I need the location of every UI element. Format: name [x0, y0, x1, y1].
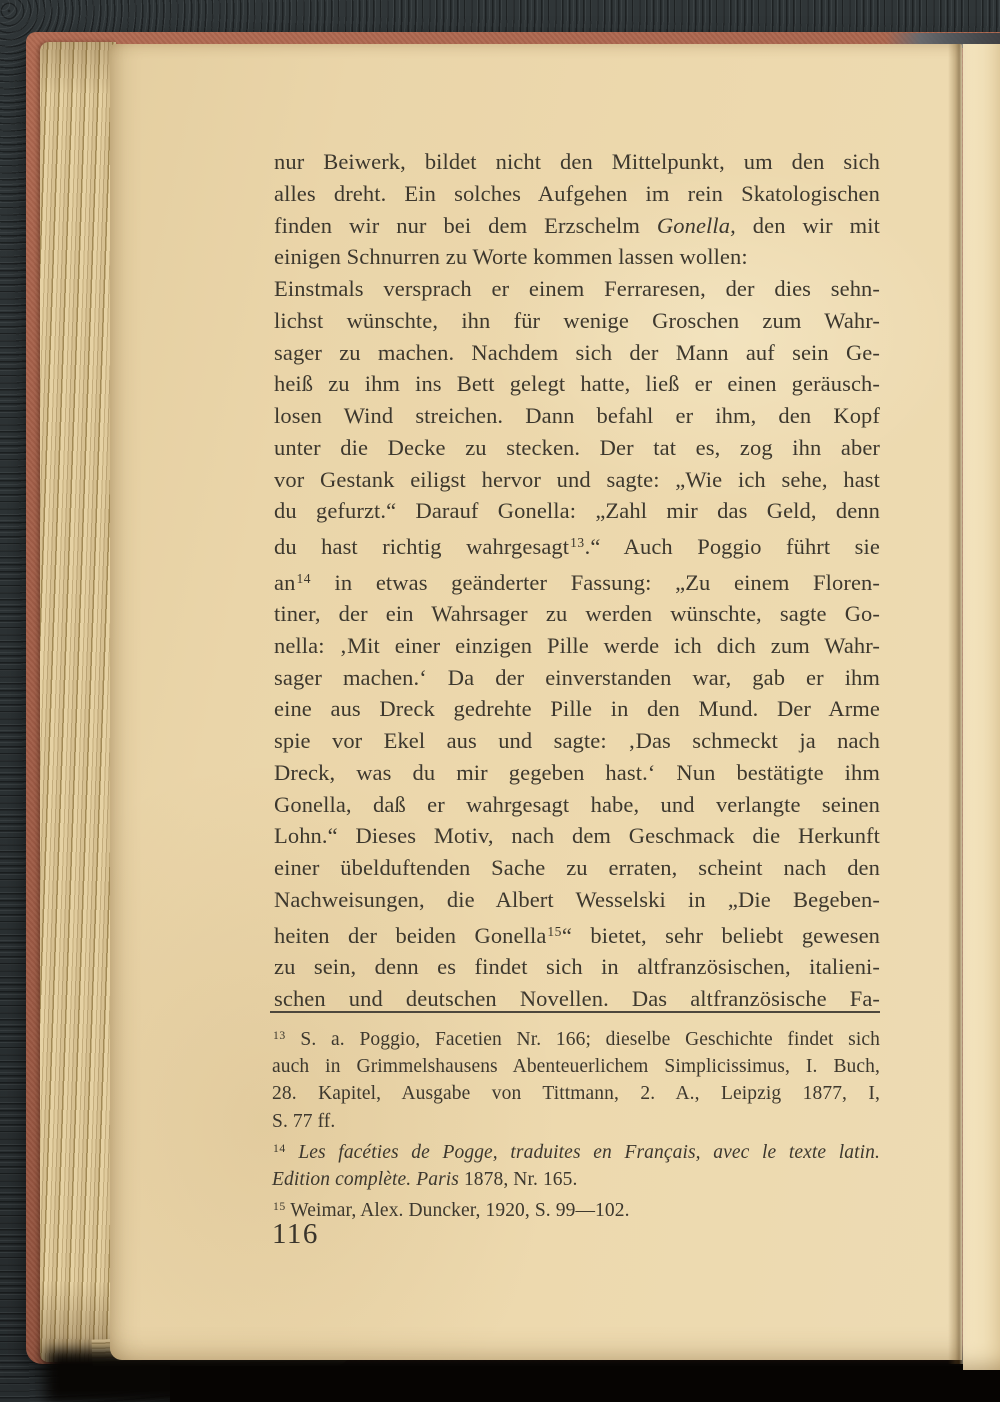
body-line: Dreck, was du mir gegeben hast.‘ Nun bes… [274, 757, 880, 789]
gutter-crease [948, 44, 964, 1364]
page-fore-edges [40, 42, 116, 1362]
footnote-line: auch in Grimmelshausens Abenteuerlichem … [272, 1053, 880, 1080]
body-line: tiner, der ein Wahrsager zu werden wünsc… [274, 598, 880, 630]
text-segment: schen und deutschen Novellen. Das altfra… [274, 986, 880, 1011]
text-segment: Les facéties de Pogge, traduites en Fran… [298, 1142, 880, 1163]
text-segment: nella: ‚Mit einer einzigen Pille werde i… [274, 633, 880, 658]
footnote-rule [270, 1011, 880, 1013]
body-text: nur Beiwerk, bildet nicht den Mittelpunk… [274, 146, 880, 1015]
body-line: einer übelduftenden Sache zu erraten, sc… [274, 852, 880, 884]
text-segment: Nachweisungen, die Albert Wesselski in „… [274, 887, 880, 912]
text-segment: zu sein, denn es findet sich in altfranz… [274, 954, 880, 979]
body-line: Einstmals versprach er einem Ferraresen,… [274, 273, 880, 305]
text-segment: “ bietet, sehr beliebt gewesen [562, 922, 880, 947]
body-line: einigen Schnurren zu Worte kommen lassen… [274, 241, 880, 273]
text-segment: sager machen.‘ Da der einverstanden war,… [274, 665, 880, 690]
body-line: Nachweisungen, die Albert Wesselski in „… [274, 884, 880, 916]
footnote-line: S. 77 ff. [272, 1108, 880, 1135]
text-segment: du gefurzt.“ Darauf Gonella: „Zahl mir d… [274, 498, 880, 523]
text-segment: 1878, Nr. 165. [459, 1169, 578, 1190]
text-segment: finden wir nur bei dem Erzschelm [274, 213, 657, 238]
body-line: du hast richtig wahrgesagt13.“ Auch Pogg… [274, 527, 880, 563]
text-segment: nur Beiwerk, bildet nicht den Mittelpunk… [274, 149, 880, 174]
body-line: losen Wind streichen. Dann befahl er ihm… [274, 400, 880, 432]
text-segment: einigen Schnurren zu Worte kommen lassen… [274, 244, 748, 269]
text-segment: Dreck, was du mir gegeben hast.‘ Nun bes… [274, 760, 880, 785]
body-line: sager zu machen. Nachdem sich der Mann a… [274, 337, 880, 369]
body-line: an14 in etwas geänderter Fassung: „Zu ei… [274, 563, 880, 599]
body-line: spie vor Ekel aus und sagte: ‚Das schmec… [274, 725, 880, 757]
text-segment: .“ Auch Poggio führt sie [585, 534, 880, 559]
text-segment: Einstmals versprach er einem Ferraresen,… [274, 276, 880, 301]
text-segment: heiten der beiden Gonella [274, 922, 546, 947]
body-line: vor Gestank eiligst hervor und sagte: „W… [274, 464, 880, 496]
footnote-line: 13 S. a. Poggio, Facetien Nr. 166; diese… [272, 1022, 880, 1053]
text-segment: spie vor Ekel aus und sagte: ‚Das schmec… [274, 728, 880, 753]
body-line: nella: ‚Mit einer einzigen Pille werde i… [274, 630, 880, 662]
body-line: zu sein, denn es findet sich in altfranz… [274, 951, 880, 983]
text-segment: 14 [295, 571, 311, 586]
text-segment: eine aus Dreck gedrehte Pille in den Mun… [274, 696, 880, 721]
body-line: alles dreht. Ein solches Aufgehen im rei… [274, 178, 880, 210]
facing-page-sliver [963, 44, 1000, 1370]
text-segment: alles dreht. Ein solches Aufgehen im rei… [274, 181, 880, 206]
footnote-line: Edition complète. Paris 1878, Nr. 165. [272, 1166, 880, 1193]
text-segment: 13 [569, 535, 585, 550]
footnotes: 13 S. a. Poggio, Facetien Nr. 166; diese… [272, 1022, 880, 1225]
text-segment: in etwas geänderter Fassung: „Zu einem F… [311, 569, 880, 594]
text-segment: du hast richtig wahrgesagt [274, 534, 569, 559]
body-line: finden wir nur bei dem Erzschelm Gonella… [274, 210, 880, 242]
text-segment: losen Wind streichen. Dann befahl er ihm… [274, 403, 880, 428]
footnote-line: 28. Kapitel, Ausgabe von Tittmann, 2. A.… [272, 1080, 880, 1107]
text-segment: 28. Kapitel, Ausgabe von Tittmann, 2. A.… [272, 1083, 880, 1104]
text-segment [286, 1142, 299, 1163]
text-segment: S. 77 ff. [272, 1111, 335, 1132]
text-segment: den wir mit [736, 213, 880, 238]
text-segment: Lohn.“ Dieses Motiv, nach dem Geschmack … [274, 823, 880, 848]
body-line: unter die Decke zu stecken. Der tat es, … [274, 432, 880, 464]
text-segment: an [274, 569, 295, 594]
body-line: eine aus Dreck gedrehte Pille in den Mun… [274, 693, 880, 725]
text-segment: einer übelduftenden Sache zu erraten, sc… [274, 855, 880, 880]
text-segment: 15 [546, 924, 562, 939]
book-shadow-band [170, 1366, 1000, 1402]
footnote-line: 15 Weimar, Alex. Duncker, 1920, S. 99—10… [272, 1193, 880, 1224]
text-segment: lichst wünschte, ihn für wenige Groschen… [274, 308, 880, 333]
text-segment: Weimar, Alex. Duncker, 1920, S. 99—102. [286, 1200, 630, 1221]
text-segment: 15 [272, 1200, 286, 1213]
body-line: du gefurzt.“ Darauf Gonella: „Zahl mir d… [274, 495, 880, 527]
text-segment: Gonella, [657, 213, 736, 238]
body-line: lichst wünschte, ihn für wenige Groschen… [274, 305, 880, 337]
body-line: heiß zu ihm ins Bett gelegt hatte, ließ … [274, 368, 880, 400]
footnote-line: 14 Les facéties de Pogge, traduites en F… [272, 1135, 880, 1166]
body-line: nur Beiwerk, bildet nicht den Mittelpunk… [274, 146, 880, 178]
text-segment: auch in Grimmelshausens Abenteuerlichem … [272, 1056, 880, 1077]
body-line: schen und deutschen Novellen. Das altfra… [274, 983, 880, 1015]
text-segment: 13 [272, 1029, 286, 1042]
text-segment: Edition complète. Paris [272, 1169, 459, 1190]
body-line: Gonella, daß er wahrgesagt habe, und ver… [274, 789, 880, 821]
text-segment: vor Gestank eiligst hervor und sagte: „W… [274, 467, 880, 492]
body-line: Lohn.“ Dieses Motiv, nach dem Geschmack … [274, 820, 880, 852]
body-line: sager machen.‘ Da der einverstanden war,… [274, 662, 880, 694]
text-segment: tiner, der ein Wahrsager zu werden wünsc… [274, 601, 880, 626]
text-segment: 14 [272, 1142, 286, 1155]
book-photo-scene: nur Beiwerk, bildet nicht den Mittelpunk… [0, 0, 1000, 1402]
body-line: heiten der beiden Gonella15“ bietet, seh… [274, 916, 880, 952]
text-segment: heiß zu ihm ins Bett gelegt hatte, ließ … [274, 371, 880, 396]
text-segment: sager zu machen. Nachdem sich der Mann a… [274, 340, 880, 365]
text-segment: Gonella, daß er wahrgesagt habe, und ver… [274, 792, 880, 817]
text-segment: S. a. Poggio, Facetien Nr. 166; dieselbe… [286, 1029, 880, 1050]
page-number: 116 [272, 1218, 319, 1251]
text-segment: unter die Decke zu stecken. Der tat es, … [274, 435, 880, 460]
